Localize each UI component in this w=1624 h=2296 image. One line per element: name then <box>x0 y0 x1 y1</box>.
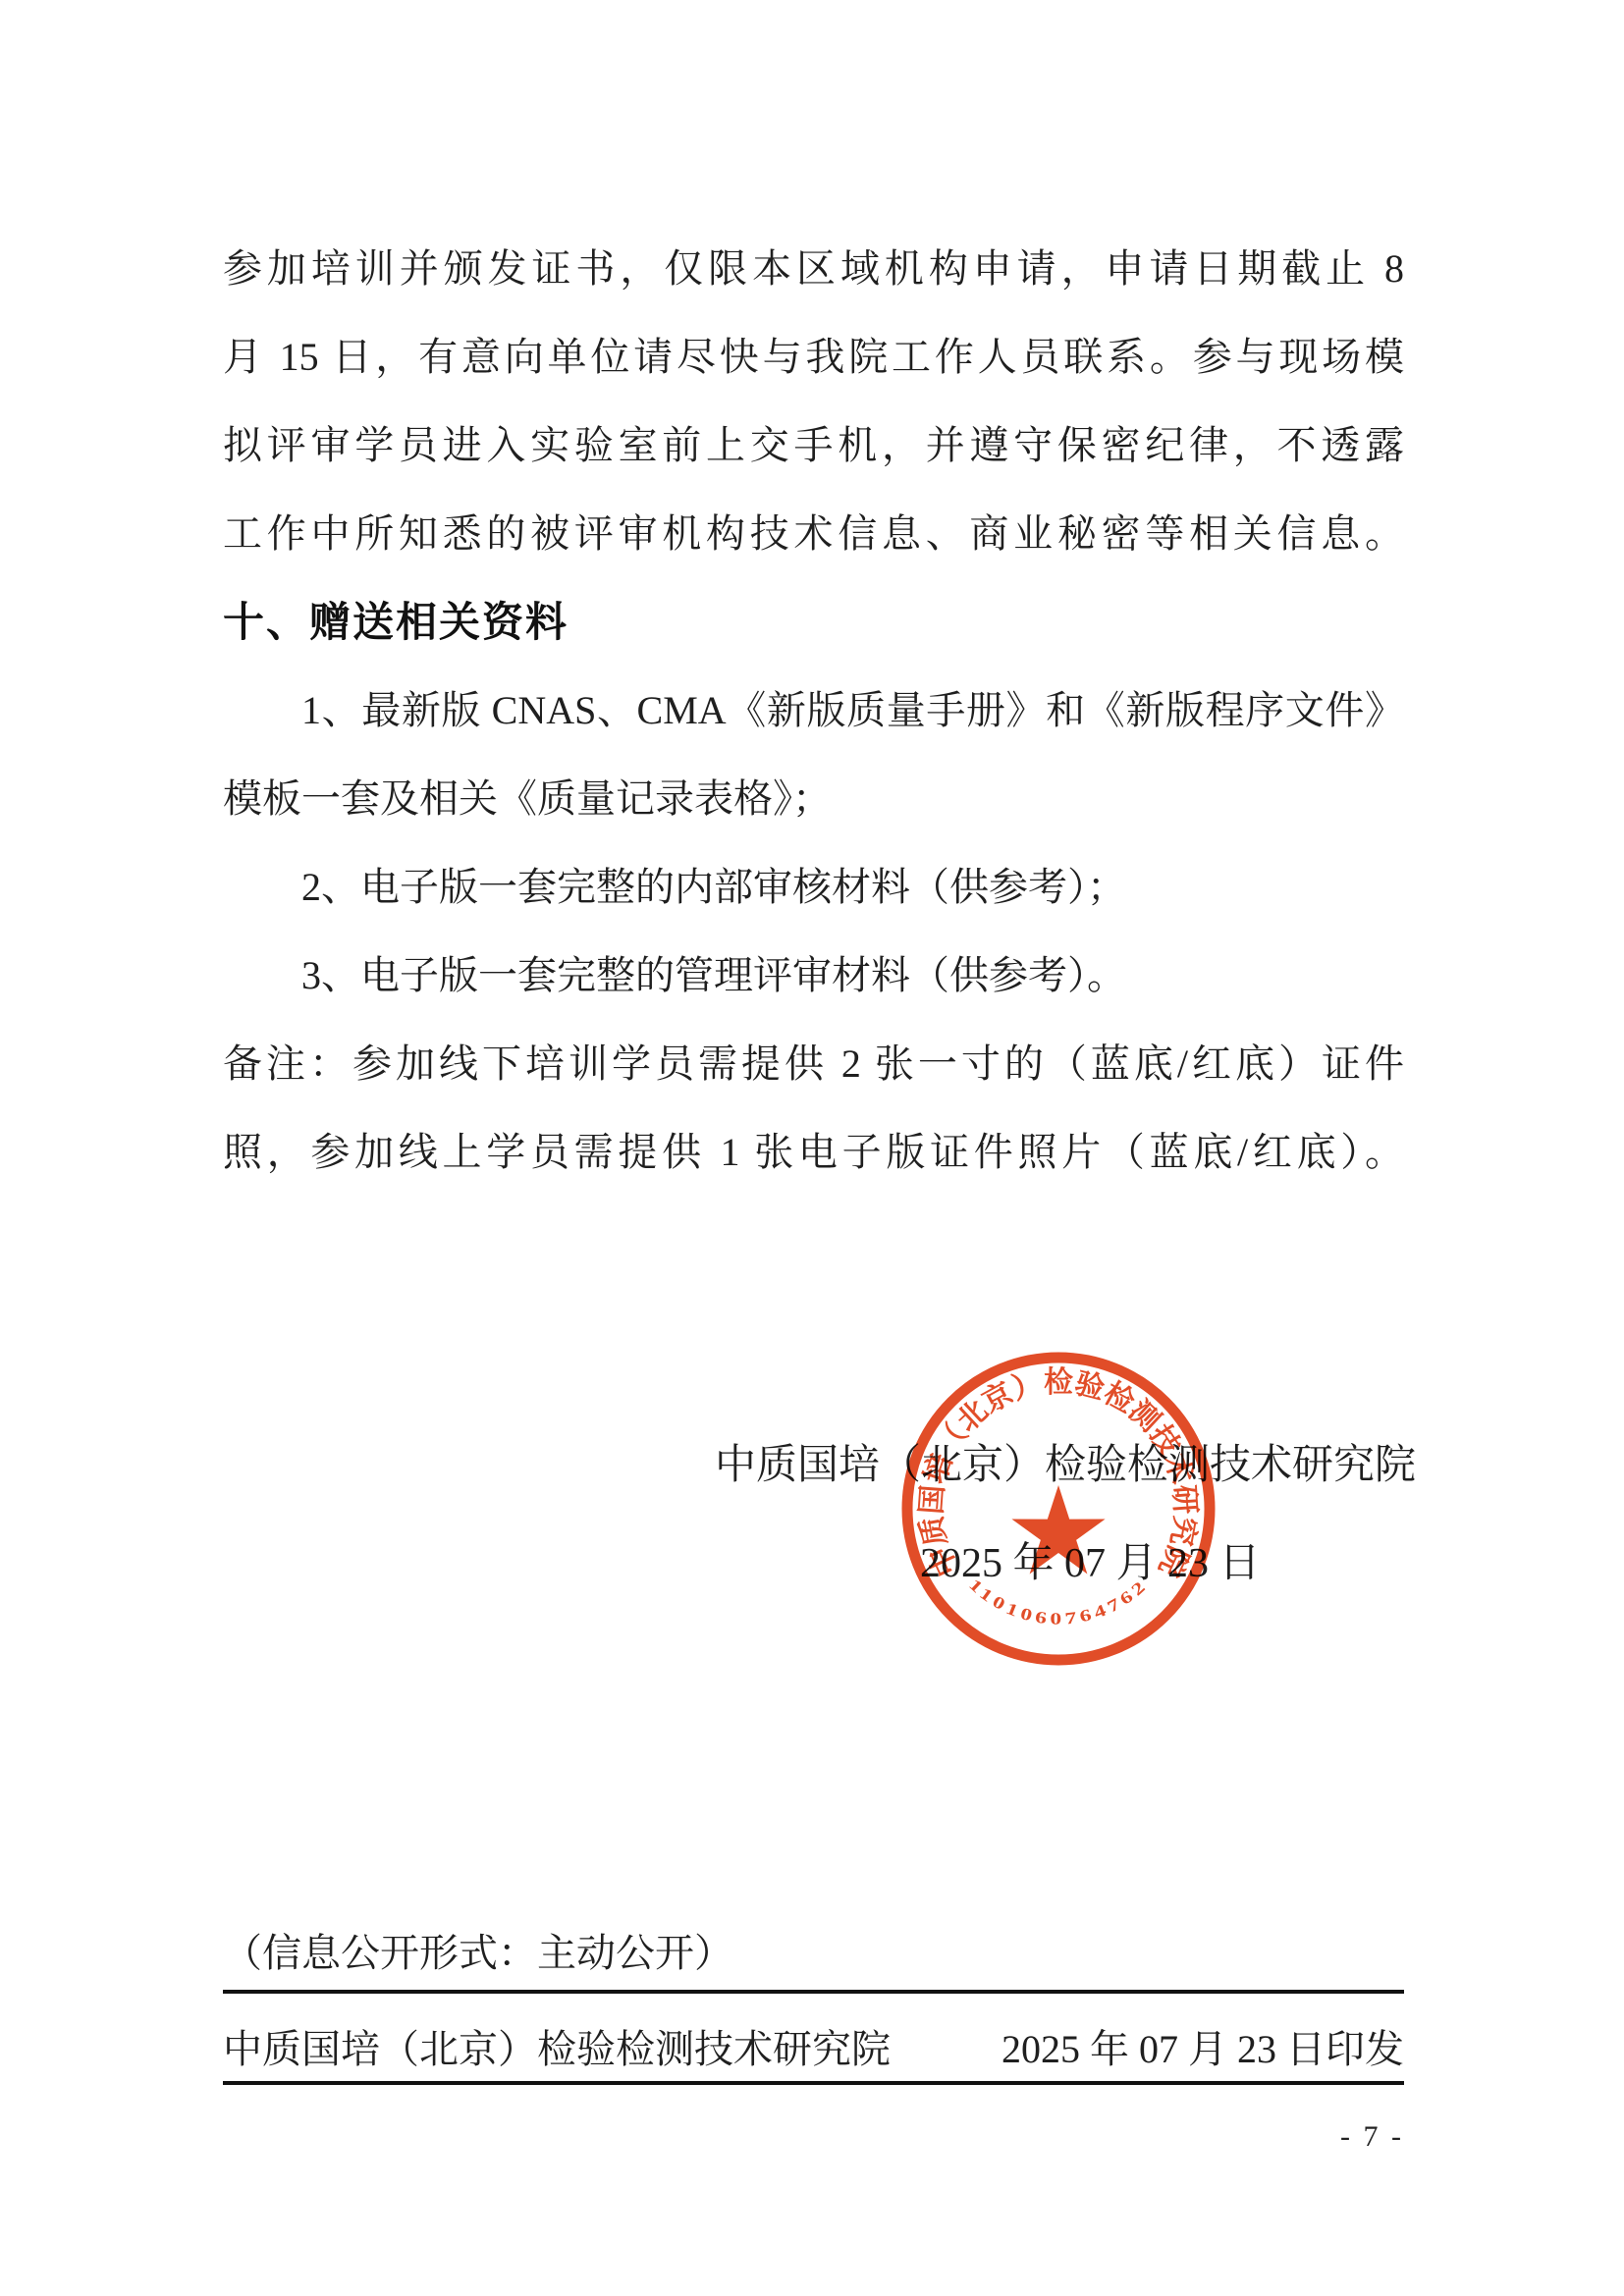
seal-star-icon <box>1011 1485 1105 1575</box>
footer-divider-bottom <box>223 2081 1404 2085</box>
page-number: - 7 - <box>223 2120 1404 2154</box>
list-item: 2、电子版一套完整的内部审核材料（供参考）； <box>223 843 1404 932</box>
footer-issuer-row: 中质国培（北京）检验检测技术研究院 2025 年 07 月 23 日印发 <box>223 2007 1404 2092</box>
note-line: 照，参加线上学员需提供 1 张电子版证件照片（蓝底/红底）。 <box>223 1108 1404 1197</box>
list-item: 3、电子版一套完整的管理评审材料（供参考）。 <box>223 932 1404 1020</box>
body-line: 月 15 日，有意向单位请尽快与我院工作人员联系。参与现场模 <box>223 313 1404 401</box>
list-item-continuation: 模板一套及相关《质量记录表格》； <box>223 755 1404 843</box>
document-body: 参加培训并颁发证书，仅限本区域机构申请，申请日期截止 8 月 15 日，有意向单… <box>223 225 1404 1197</box>
list-item: 1、最新版 CNAS、CMA《新版质量手册》和《新版程序文件》 <box>223 667 1404 755</box>
note-line: 备注：参加线下培训学员需提供 2 张一寸的（蓝底/红底）证件 <box>223 1020 1404 1108</box>
body-line: 拟评审学员进入实验室前上交手机，并遵守保密纪律，不透露 <box>223 401 1404 490</box>
official-seal: 中质国培（北京）检验检测技术研究院 1101060764762 <box>892 1342 1225 1676</box>
footer-issuer: 中质国培（北京）检验检测技术研究院 <box>223 2007 891 2092</box>
document-page: 参加培训并颁发证书，仅限本区域机构申请，申请日期截止 8 月 15 日，有意向单… <box>0 0 1624 2296</box>
seal-code-text: 1101060764762 <box>965 1575 1152 1629</box>
body-line: 工作中所知悉的被评审机构技术信息、商业秘密等相关信息。 <box>223 490 1404 578</box>
footer-divider-top <box>223 1990 1404 1994</box>
footer-issue-date: 2025 年 07 月 23 日印发 <box>1001 2007 1404 2092</box>
svg-text:1101060764762: 1101060764762 <box>965 1575 1152 1629</box>
body-line: 参加培训并颁发证书，仅限本区域机构申请，申请日期截止 8 <box>223 225 1404 313</box>
disclosure-note: （信息公开形式：主动公开） <box>223 1911 1404 1996</box>
section-heading: 十、赠送相关资料 <box>223 578 1404 667</box>
